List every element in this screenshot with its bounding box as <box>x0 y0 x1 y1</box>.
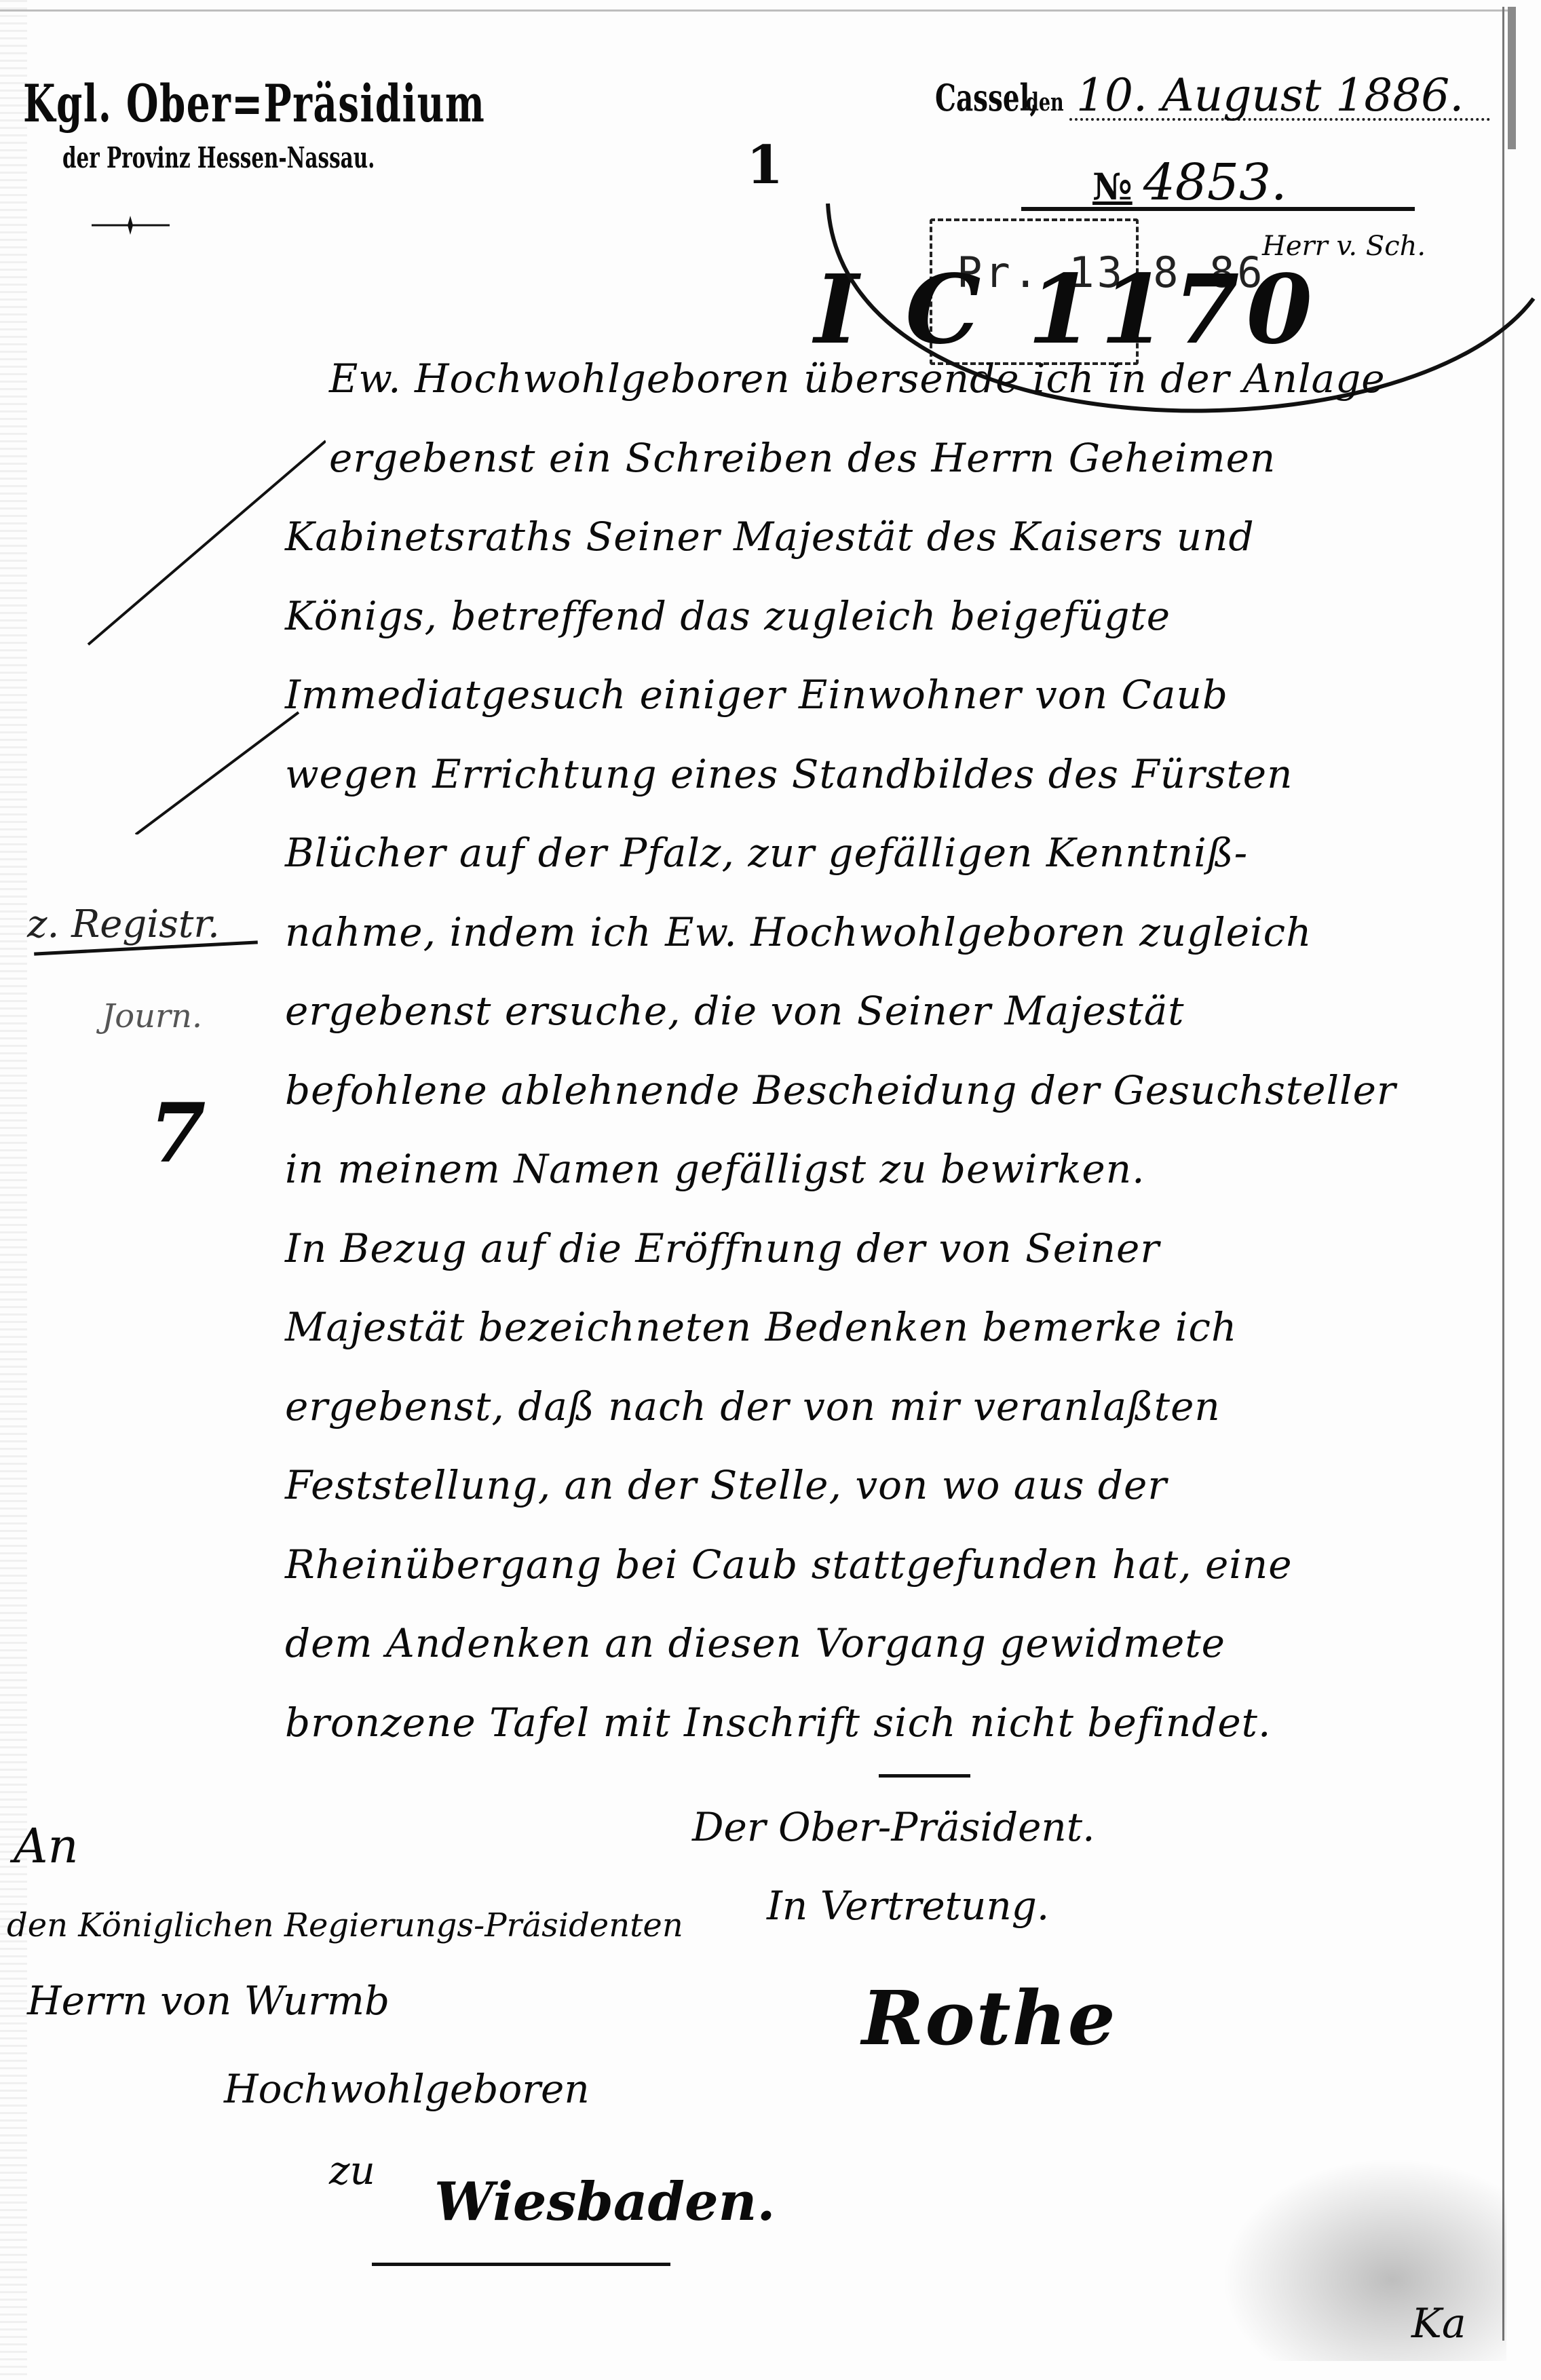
body-line: Ew. Hochwohlgeboren übersende ich in der… <box>285 339 1493 419</box>
closing-deputy: In Vertretung. <box>624 1866 1095 1945</box>
address-recipient-title: den Königlichen Regierungs-Präsidenten <box>7 1906 683 1944</box>
body-line: befohlene ablehnende Bescheidung der Ges… <box>285 1051 1493 1130</box>
body-line: ergebenst ein Schreiben des Herrn Geheim… <box>285 419 1493 498</box>
binding-edge-bar <box>1508 7 1516 149</box>
address-salutation: An <box>14 1818 79 1874</box>
letterhead-subtitle: der Provinz Hessen-Nassau. <box>62 141 375 174</box>
body-line: Königs, betreffend das zugleich beigefüg… <box>285 577 1493 656</box>
place-name: Cassel, <box>935 76 993 119</box>
corner-initial-mark: Ka <box>1411 2300 1466 2347</box>
date-value: 10. August 1886. <box>1069 73 1490 121</box>
body-line: ergebenst, daß nach der von mir veranlaß… <box>285 1367 1493 1446</box>
address-zu: zu <box>329 2147 375 2193</box>
ornament-divider-icon <box>92 206 170 244</box>
den-label: den <box>1026 88 1052 117</box>
margin-note-registratur: z. Registr. <box>27 902 220 946</box>
body-line: in meinem Namen gefälligst zu bewirken. <box>285 1130 1493 1209</box>
address-city: Wiesbaden. <box>434 2171 776 2233</box>
body-line: Feststellung, an der Stelle, von wo aus … <box>285 1446 1493 1525</box>
body-line: ergebenst ersuche, die von Seiner Majest… <box>285 972 1493 1051</box>
letter-body: Ew. Hochwohlgeboren übersende ich in der… <box>285 339 1493 1762</box>
page-number: 1 <box>746 134 783 196</box>
closing-title: Der Ober-Präsident. <box>624 1788 1095 1866</box>
address-city-underline <box>372 2263 670 2266</box>
body-line: Blücher auf der Pfalz, zur gefälligen Ke… <box>285 813 1493 893</box>
address-honorific: Hochwohlgeboren <box>224 2066 590 2112</box>
body-line: Kabinetsraths Seiner Majestät des Kaiser… <box>285 497 1493 577</box>
body-line: Rheinübergang bei Caub stattgefunden hat… <box>285 1525 1493 1605</box>
letterhead-title: Kgl. Ober=Präsidium <box>23 73 485 134</box>
document-page: Kgl. Ober=Präsidium der Provinz Hessen-N… <box>0 0 1541 2380</box>
body-line: Immediatgesuch einiger Einwohner von Cau… <box>285 655 1493 735</box>
body-line: dem Andenken an diesen Vorgang gewidmete <box>285 1604 1493 1683</box>
body-line: wegen Errichtung eines Standbildes des F… <box>285 735 1493 814</box>
scan-left-edge <box>0 0 27 2380</box>
body-line: In Bezug auf die Eröffnung der von Seine… <box>285 1209 1493 1288</box>
signature: Rothe <box>862 1974 1117 2062</box>
closing-block: Der Ober-Präsident. In Vertretung. <box>624 1788 1095 1945</box>
margin-note-number: 7 <box>149 1086 206 1181</box>
body-line: Majestät bezeichneten Bedenken bemerke i… <box>285 1288 1493 1367</box>
body-line: nahme, indem ich Ew. Hochwohlgeboren zug… <box>285 893 1493 972</box>
address-recipient-name: Herrn von Wurmb <box>27 1978 389 2024</box>
dateline: Cassel, den 10. August 1886. <box>935 73 1490 121</box>
margin-note-journal: Journ. <box>102 997 202 1035</box>
emphasis-underline <box>879 1774 970 1778</box>
page-top-edge <box>0 9 1513 12</box>
body-line: bronzene Tafel mit Inschrift sich nicht … <box>285 1683 1493 1763</box>
